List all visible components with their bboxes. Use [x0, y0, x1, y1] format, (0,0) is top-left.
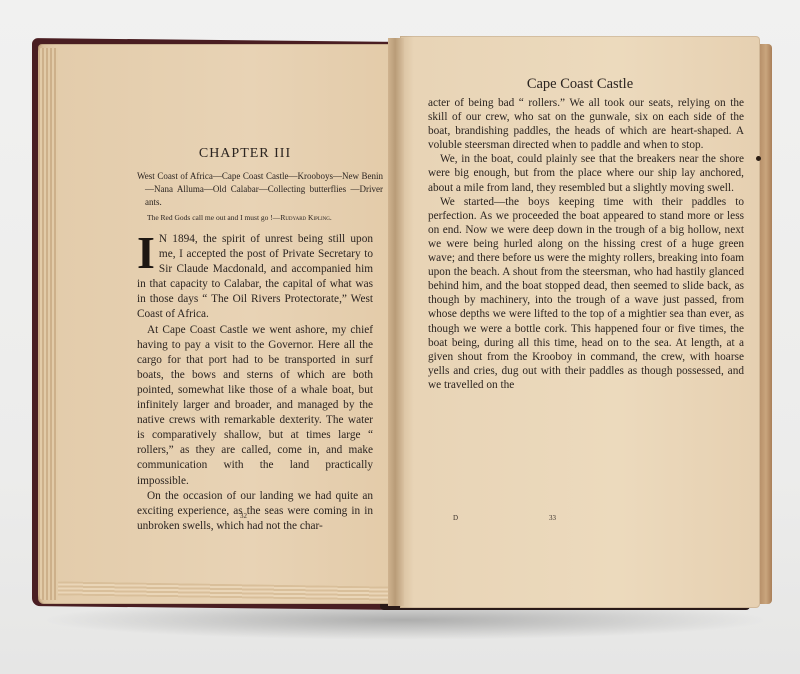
- book-gutter: [388, 38, 404, 606]
- left-page-stack-edges: [38, 48, 58, 600]
- page-number-right: 33: [549, 514, 556, 522]
- running-head: Cape Coast Castle: [410, 76, 750, 93]
- right-page-body: acter of being bad “ rollers.” We all to…: [428, 96, 744, 392]
- right-page-fore-edge: [760, 44, 772, 604]
- page-wormhole: [756, 156, 761, 161]
- paragraph: We, in the boat, could plainly see that …: [428, 152, 744, 194]
- drop-cap: I: [137, 234, 155, 272]
- paragraph: At Cape Coast Castle we went ashore, my …: [137, 323, 373, 489]
- paragraph: On the occasion of our landing we had qu…: [137, 489, 373, 534]
- epigraph-quote: The Red Gods call me out and I must go !…: [147, 213, 280, 222]
- epigraph-author: Rudyard Kipling.: [280, 213, 331, 222]
- paragraph: acter of being bad “ rollers.” We all to…: [428, 96, 744, 152]
- paragraph: We started—the boys keeping time with th…: [428, 195, 744, 392]
- page-number-left: 32: [240, 512, 247, 520]
- chapter-synopsis: West Coast of Africa—Cape Coast Castle—K…: [137, 170, 383, 209]
- left-page-body: IN 1894, the spirit of unrest being stil…: [137, 232, 373, 534]
- chapter-title: CHAPTER III: [100, 146, 390, 162]
- paragraph: IN 1894, the spirit of unrest being stil…: [137, 232, 373, 323]
- signature-mark: D: [453, 514, 458, 522]
- epigraph: The Red Gods call me out and I must go !…: [147, 213, 383, 222]
